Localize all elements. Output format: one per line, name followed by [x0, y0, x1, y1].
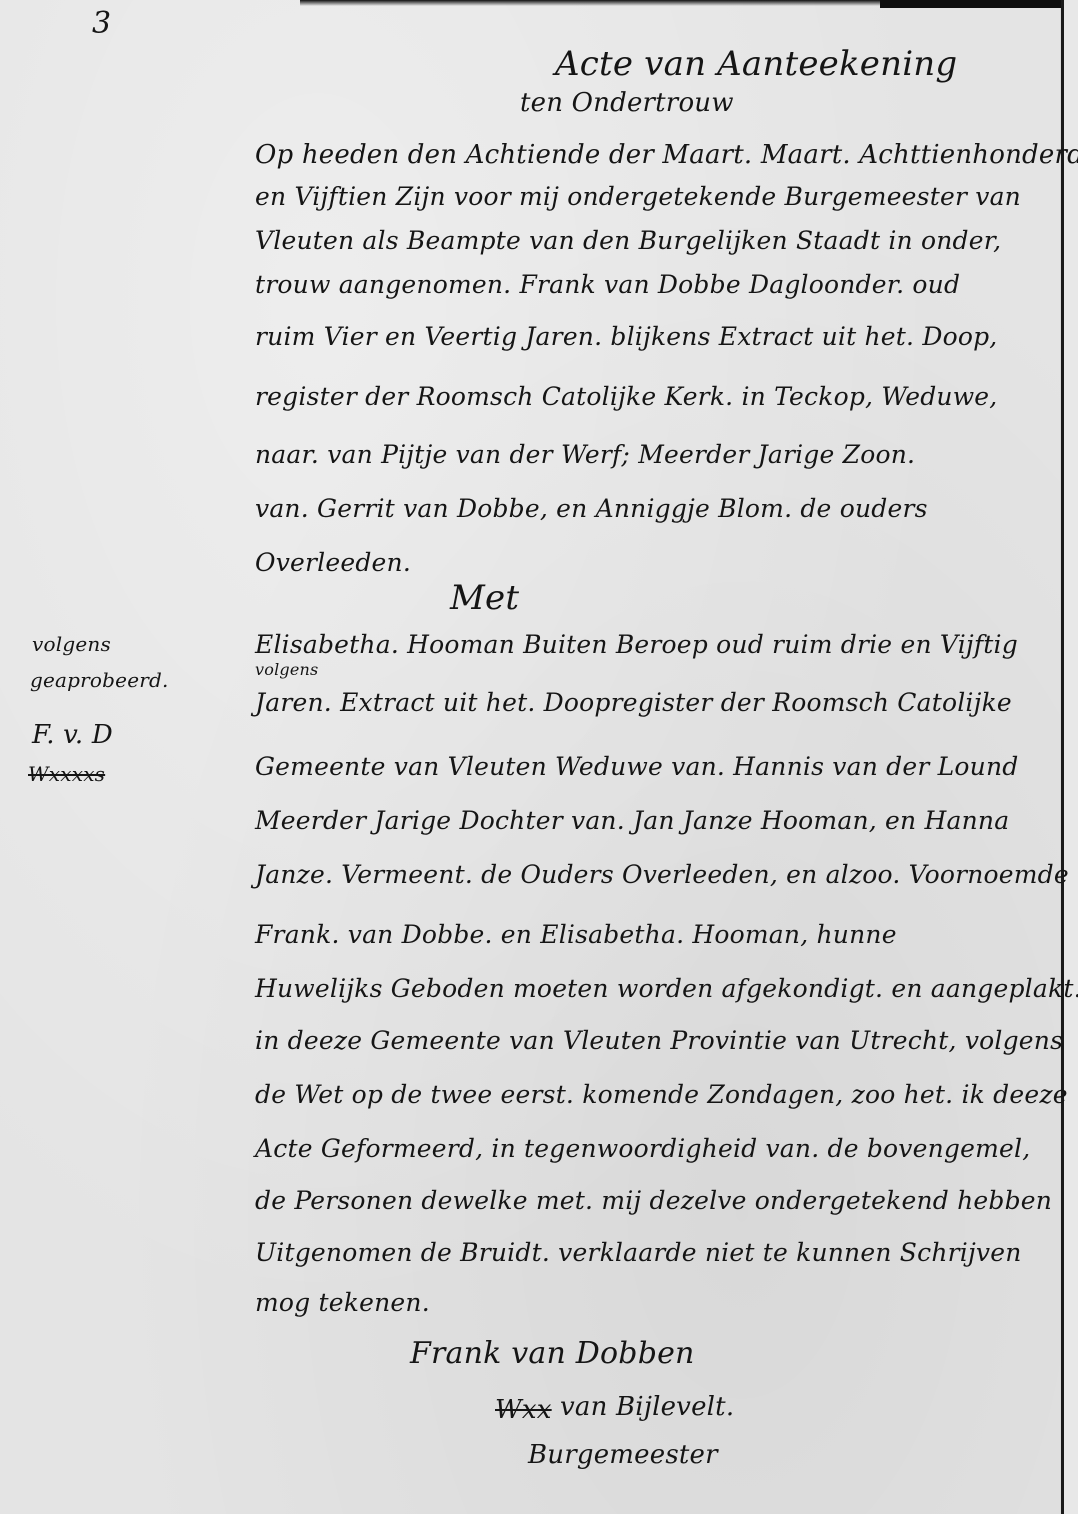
body-line: naar. van Pijtje van der Werf; Meerder J… [255, 440, 915, 469]
margin-note-line2: geaprobeerd. [30, 668, 169, 692]
body-line: de Wet op de twee eerst. komende Zondage… [255, 1080, 1068, 1109]
body-line: Janze. Vermeent. de Ouders Overleeden, e… [255, 860, 1069, 889]
scan-shadow-top-right [880, 0, 1078, 8]
body-line: mog tekenen. [255, 1288, 430, 1317]
body-line: register der Roomsch Catolijke Kerk. in … [255, 382, 997, 411]
margin-initials: F. v. D [32, 720, 113, 750]
signature-groom: Frank van Dobben [410, 1336, 695, 1371]
body-line: van. Gerrit van Dobbe, en Anniggje Blom.… [255, 494, 928, 523]
document-title-line2: ten Ondertrouw [520, 88, 734, 118]
body-line: Overleeden. [255, 548, 411, 577]
body-line: Meerder Jarige Dochter van. Jan Janze Ho… [255, 806, 1009, 835]
margin-struck-text: Wxxxxs [28, 762, 105, 786]
interlinear-note: volgens [255, 660, 318, 679]
signature-official: van Bijlevelt. [560, 1392, 734, 1422]
body-line: Uitgenomen de Bruidt. verklaarde niet te… [255, 1238, 1022, 1267]
met-heading: Met [450, 578, 519, 618]
body-line: Gemeente van Vleuten Weduwe van. Hannis … [255, 752, 1019, 781]
adjacent-page-edge [1064, 0, 1078, 1514]
body-line: Acte Geformeerd, in tegenwoordigheid van… [255, 1134, 1030, 1163]
body-line: Elisabetha. Hooman Buiten Beroep oud rui… [255, 630, 1018, 659]
signature-struck: Wxx [495, 1395, 552, 1425]
body-line: Frank. van Dobbe. en Elisabetha. Hooman,… [255, 920, 897, 949]
body-line: Op heeden den Achtiende der Maart. Maart… [255, 140, 1078, 170]
body-line: Jaren. Extract uit het. Doopregister der… [255, 688, 1012, 717]
body-line: en Vijftien Zijn voor mij ondergetekende… [255, 182, 1021, 211]
document-title-line1: Acte van Aanteekening [555, 44, 957, 84]
body-line: trouw aangenomen. Frank van Dobbe Dagloo… [255, 270, 960, 299]
margin-note-line1: volgens [32, 632, 111, 656]
body-line: de Personen dewelke met. mij dezelve ond… [255, 1186, 1052, 1215]
page-number: 3 [92, 6, 111, 41]
body-line: ruim Vier en Veertig Jaren. blijkens Ext… [255, 322, 997, 351]
body-line: Huwelijks Geboden moeten worden afgekond… [255, 974, 1078, 1003]
body-line: in deeze Gemeente van Vleuten Provintie … [255, 1026, 1063, 1055]
body-line: Vleuten als Beampte van den Burgelijken … [255, 226, 1001, 255]
signature-official-title: Burgemeester [528, 1440, 718, 1470]
